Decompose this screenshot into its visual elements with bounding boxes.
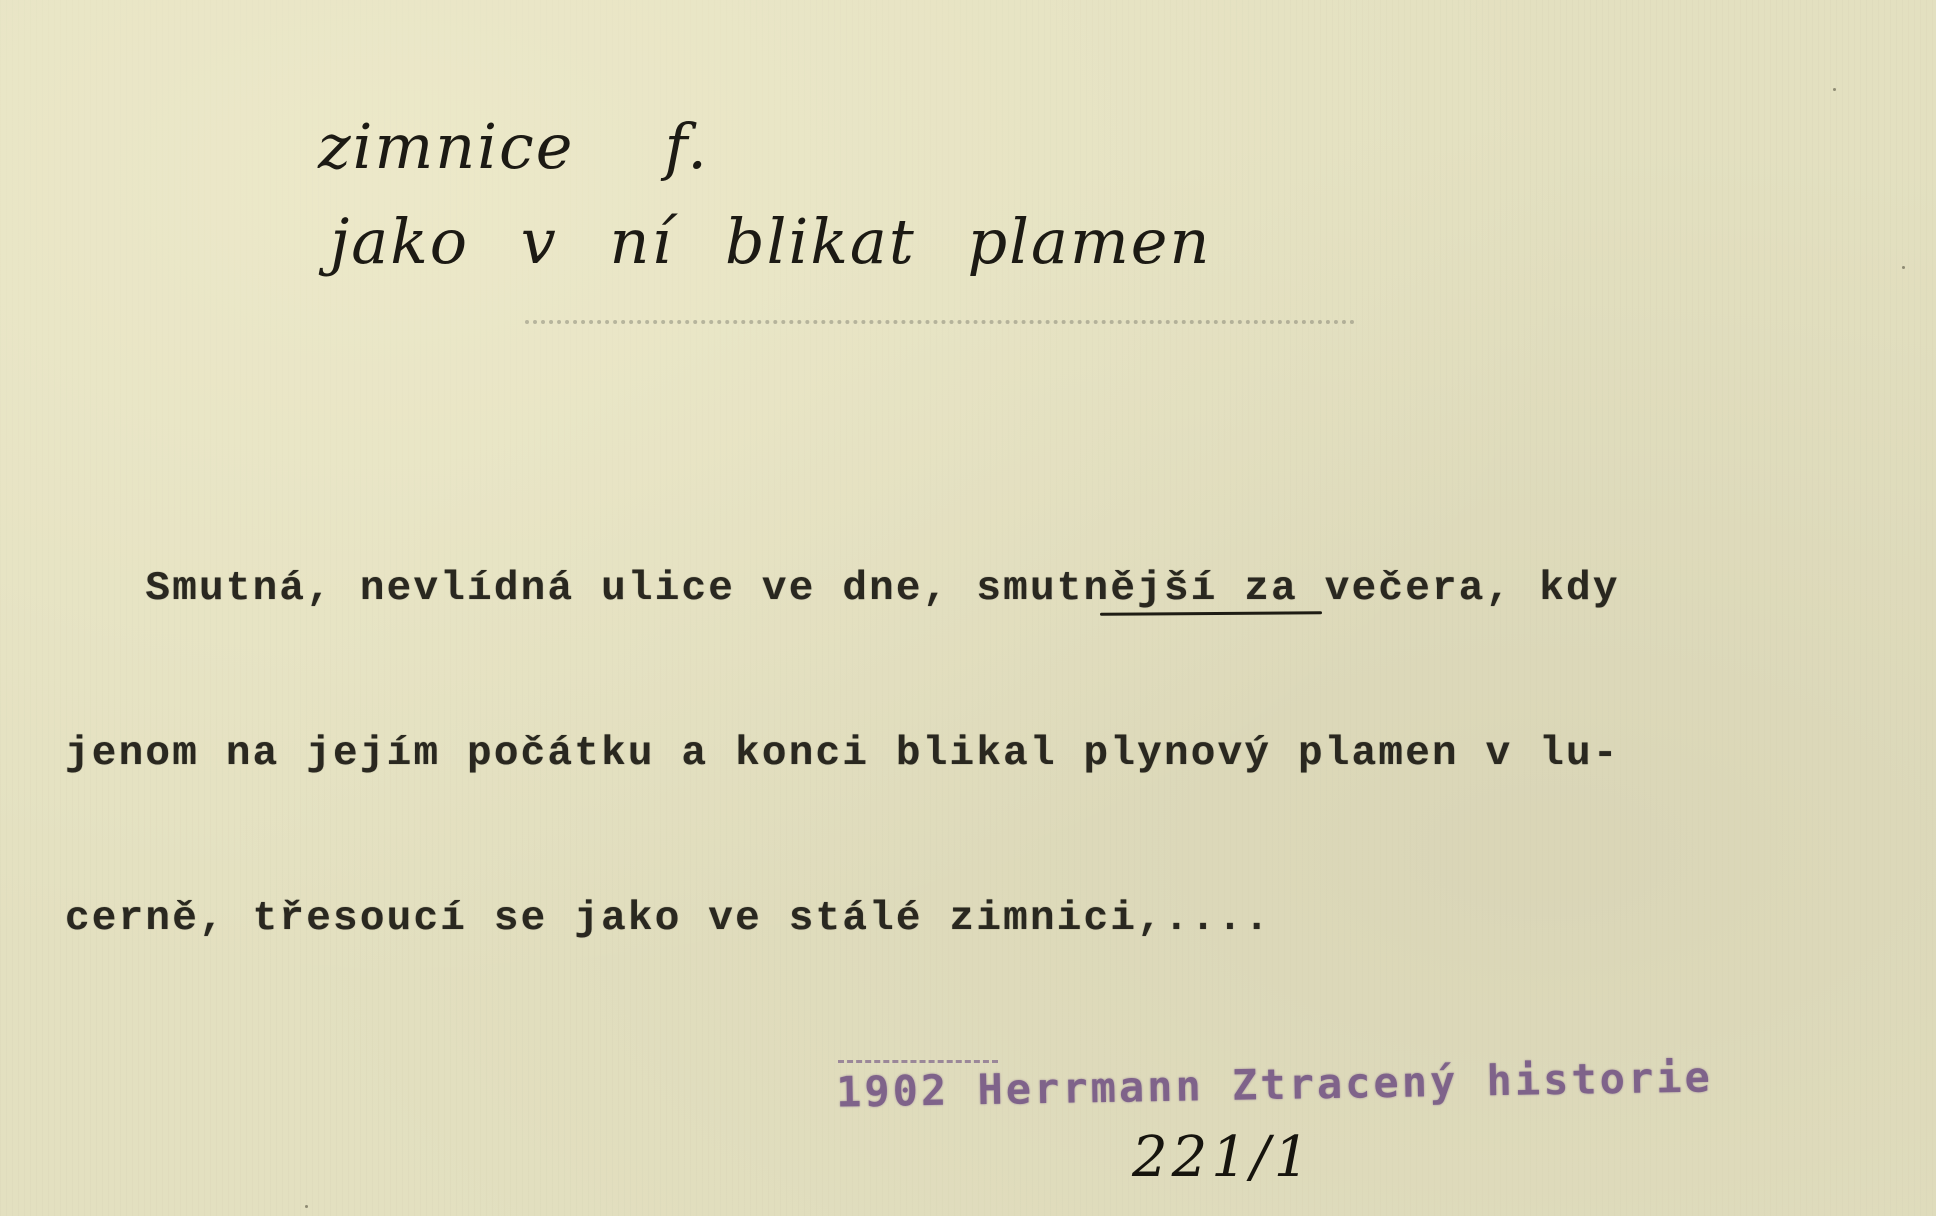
headword: zimnice <box>318 110 574 183</box>
handwritten-headword: zimnicef. <box>318 110 709 183</box>
paper-speck <box>1902 266 1905 269</box>
paper-speck <box>305 1205 308 1208</box>
typed-quotation: Smutná, nevlídná ulice ve dne, smutnější… <box>65 452 1905 1057</box>
typed-line-3: cerně, třesoucí se jako ve stálé zimnici… <box>65 892 1905 947</box>
grammatical-gender: f. <box>664 110 708 183</box>
reference-number: 221/1 <box>1132 1125 1313 1190</box>
paper-speck <box>1833 88 1836 91</box>
document-page: zimnicef. jako v ní blikat plamen Smutná… <box>0 0 1936 1216</box>
typed-line-2: jenom na jejím počátku a konci blikal pl… <box>65 727 1905 782</box>
handwritten-phrase: jako v ní blikat plamen <box>330 205 1211 278</box>
typed-line-1: Smutná, nevlídná ulice ve dne, smutnější… <box>65 562 1905 617</box>
stamp-smudge <box>838 1060 998 1063</box>
faint-dotted-divider <box>525 320 1355 324</box>
